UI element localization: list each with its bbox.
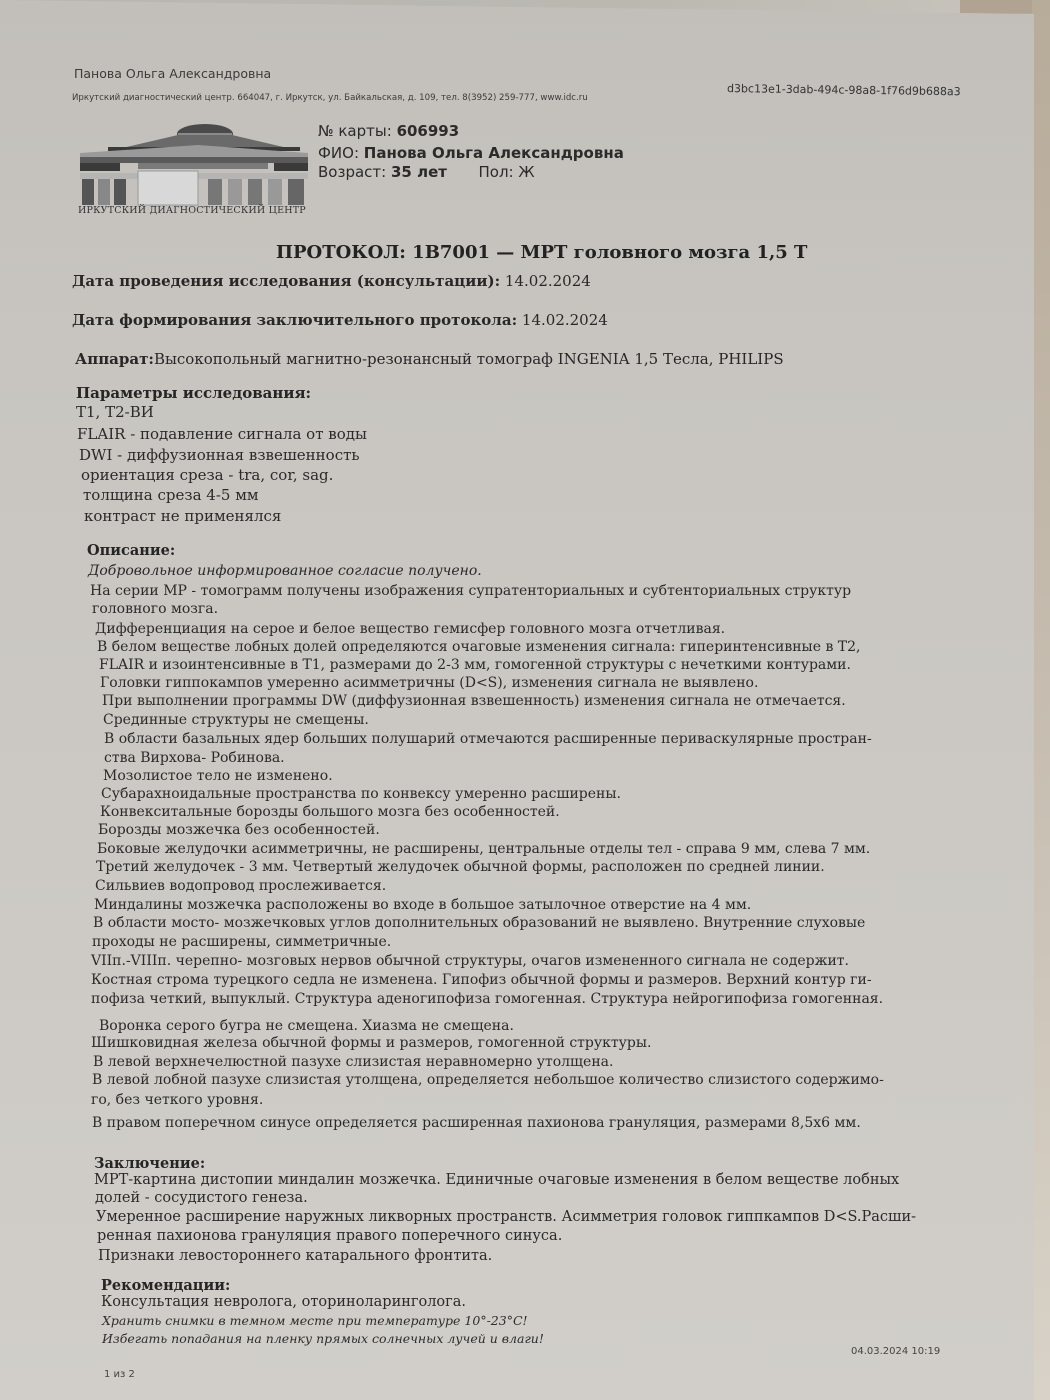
study-date-label: Дата проведения исследования (консультац… (72, 272, 500, 290)
description-line: Конвекситальные борозды большого мозга б… (100, 804, 560, 820)
description-line: В области базальных ядер больших полушар… (104, 731, 872, 747)
description-line: Воронка серого бугра не смещена. Хиазма … (99, 1018, 514, 1034)
storage-note: Избегать попадания на пленку прямых солн… (102, 1331, 544, 1346)
fio-label: ФИО: (318, 144, 359, 162)
background-desk-edge (1032, 0, 1050, 1400)
conclusion-line: ренная пахионова грануляция правого попе… (97, 1228, 562, 1244)
final-date-line: Дата формирования заключительного проток… (72, 311, 608, 329)
description-line: Шишковидная железа обычной формы и разме… (91, 1035, 651, 1051)
parameter-item: толщина среза 4-5 мм (83, 486, 259, 504)
parameter-item: FLAIR - подавление сигнала от воды (77, 425, 367, 443)
age-value: 35 лет (391, 163, 447, 181)
sex-value: Ж (518, 163, 534, 181)
description-line: При выполнении программы DW (диффузионна… (102, 693, 846, 709)
description-line: Борозды мозжечка без особенностей. (98, 822, 380, 838)
parameter-item: DWI - диффузионная взвешенность (79, 446, 360, 464)
fio-value: Панова Ольга Александровна (364, 144, 624, 162)
description-heading: Описание: (87, 542, 175, 559)
description-line: Боковые желудочки асимметричны, не расши… (97, 841, 870, 857)
conclusion-line: Умеренное расширение наружных ликворных … (96, 1209, 916, 1225)
logo-caption: ИРКУТСКИЙ ДИАГНОСТИЧЕСКИЙ ЦЕНТР (78, 205, 306, 216)
device-line: Аппарат:Высокопольный магнитно-резонансн… (75, 350, 784, 368)
description-line: В белом веществе лобных долей определяют… (97, 639, 860, 655)
description-line: В левой лобной пазухе слизистая утолщена… (92, 1072, 884, 1088)
study-date: 14.02.2024 (505, 272, 591, 290)
description-line: Миндалины мозжечка расположены во входе … (94, 897, 751, 913)
description-line: В правом поперечном синусе определяется … (92, 1115, 861, 1131)
document-uuid: d3bc13e1-3dab-494c-98a8-1f76d9b688a3 (727, 82, 961, 98)
printed-timestamp: 04.03.2024 10:19 (851, 1346, 940, 1357)
parameter-item: Т1, Т2-ВИ (76, 403, 154, 421)
study-date-line: Дата проведения исследования (консультац… (72, 272, 591, 290)
device-value: Высокопольный магнитно-резонансный томог… (154, 350, 784, 368)
conclusion-heading: Заключение: (94, 1155, 205, 1172)
description-line: Головки гиппокампов умеренно асимметричн… (100, 675, 758, 691)
device-label: Аппарат: (75, 350, 154, 368)
description-line: Сильвиев водопровод прослеживается. (95, 878, 386, 894)
conclusion-line: МРТ-картина дистопии миндалин мозжечка. … (94, 1172, 899, 1188)
description-line: головного мозга. (92, 601, 218, 617)
age-sex-line: Возраст: 35 лет Пол: Ж (318, 163, 535, 181)
sex-label: Пол: (479, 163, 514, 181)
description-line: В области мосто- мозжечковых углов допол… (93, 915, 865, 931)
description-line: Субарахноидальные пространства по конвек… (101, 786, 621, 802)
recommendations-text: Консультация невролога, оториноларинголо… (101, 1294, 466, 1310)
final-date-label: Дата формирования заключительного проток… (72, 311, 517, 329)
recommendations-heading: Рекомендации: (101, 1277, 230, 1294)
header-patient-name: Панова Ольга Александровна (74, 66, 271, 81)
consent-note: Добровольное информированное согласие по… (88, 563, 482, 579)
card-number-line: № карты: 606993 (318, 122, 459, 140)
conclusion-line: долей - сосудистого генеза. (95, 1190, 308, 1206)
card-number-label: № карты: (318, 122, 392, 140)
protocol-title: ПРОТОКОЛ: 1В7001 — МРТ головного мозга 1… (276, 242, 807, 263)
parameter-item: контраст не применялся (84, 507, 281, 525)
description-line: Мозолистое тело не изменено. (103, 768, 333, 784)
description-line: Дифференциация на серое и белое вещество… (95, 621, 725, 637)
clinic-building-logo-icon (78, 121, 310, 207)
age-label: Возраст: (318, 163, 386, 181)
fio-line: ФИО: Панова Ольга Александровна (318, 144, 624, 162)
paper-sheet: Панова Ольга Александровна Иркутский диа… (0, 0, 1034, 1400)
parameter-item: ориентация среза - tra, cor, sag. (81, 466, 333, 484)
storage-note: Хранить снимки в темном месте при темпер… (102, 1313, 528, 1328)
description-line: FLAIR и изоинтенсивные в Т1, размерами д… (99, 657, 851, 673)
description-line: Срединные структуры не смещены. (103, 712, 369, 728)
page-indicator: 1 из 2 (104, 1369, 135, 1380)
description-line: пофиза четкий, выпуклый. Структура адено… (91, 991, 883, 1007)
final-date: 14.02.2024 (522, 311, 608, 329)
description-line: проходы не расширены, симметричные. (92, 934, 391, 950)
description-line: В левой верхнечелюстной пазухе слизистая… (93, 1054, 613, 1070)
description-line: На серии МР - томограмм получены изображ… (90, 583, 851, 599)
conclusion-line: Признаки левостороннего катарального фро… (98, 1248, 492, 1264)
description-line: Костная строма турецкого седла не измене… (91, 972, 872, 988)
description-line: Третий желудочек - 3 мм. Четвертый желуд… (96, 859, 825, 875)
parameters-heading: Параметры исследования: (76, 384, 311, 402)
description-line: го, без четкого уровня. (91, 1092, 263, 1108)
description-line: VIIп.-VIIIп. черепно- мозговых нервов об… (91, 953, 849, 969)
clinic-address: Иркутский диагностический центр. 664047,… (72, 93, 588, 103)
card-number: 606993 (397, 122, 460, 140)
description-line: ства Вирхова- Робинова. (104, 750, 285, 766)
